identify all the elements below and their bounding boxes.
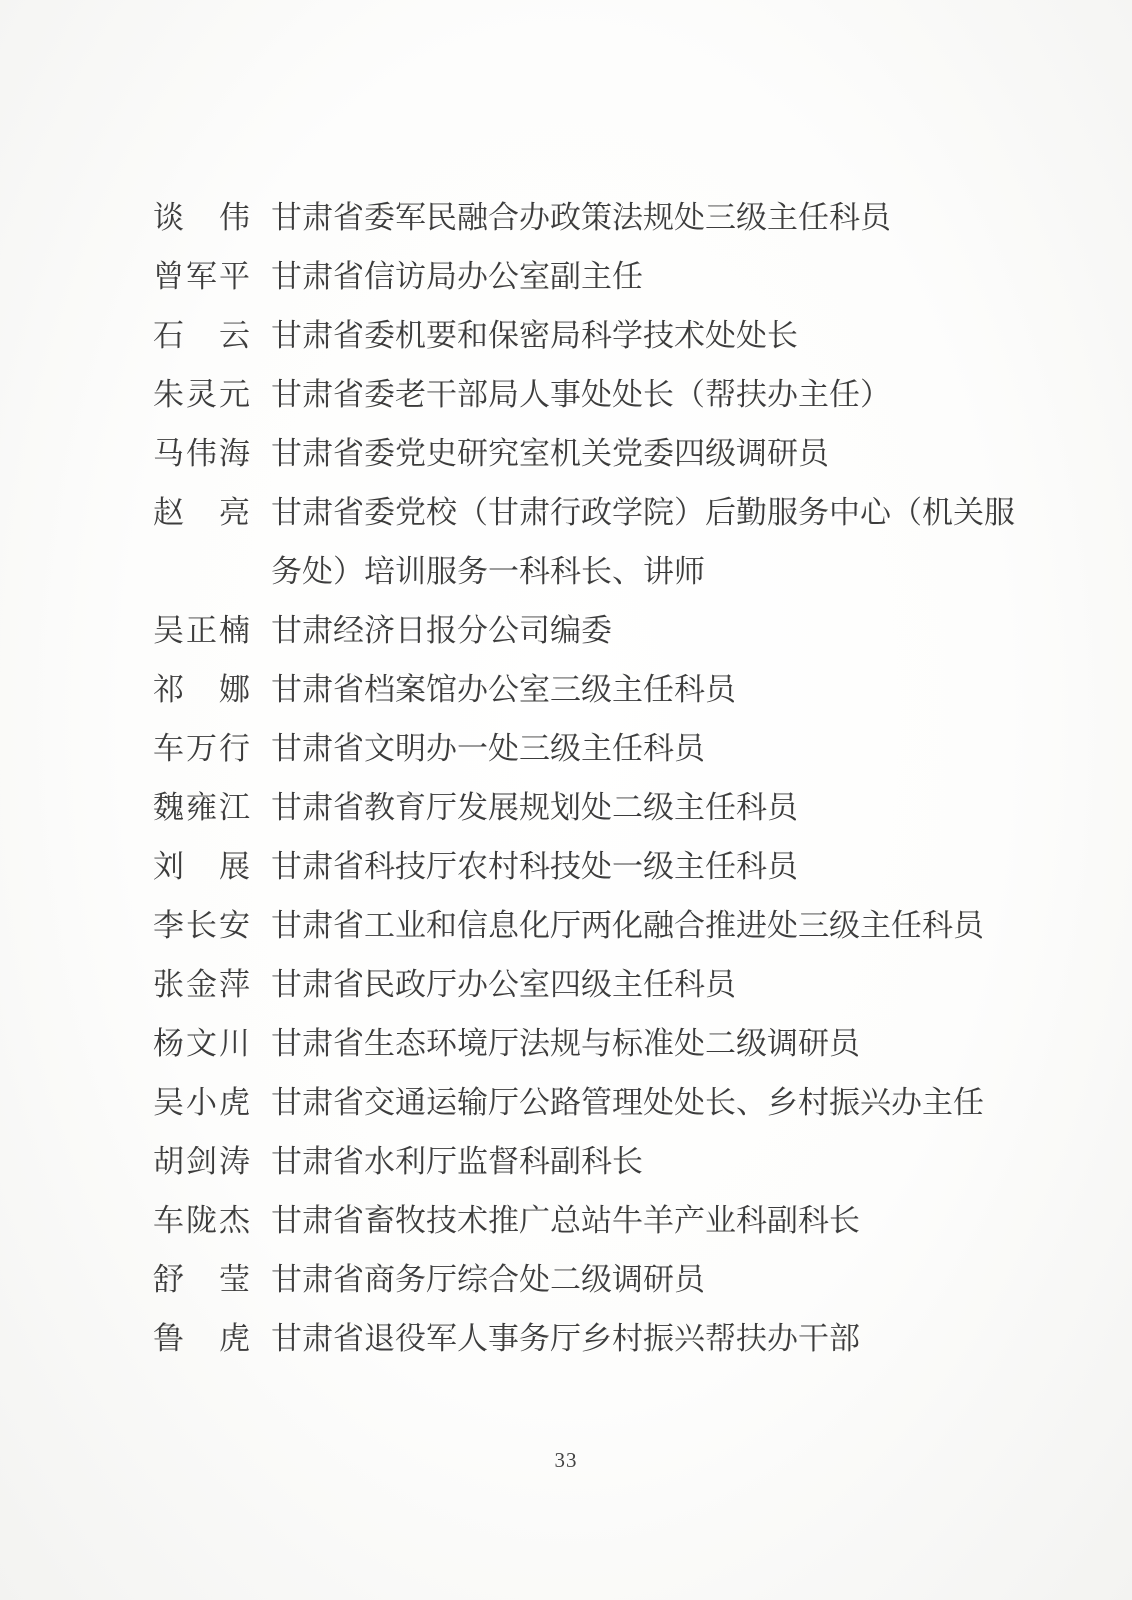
person-position: 甘肃经济日报分公司编委 bbox=[271, 601, 612, 660]
person-position: 甘肃省委党史研究室机关党委四级调研员 bbox=[271, 424, 829, 483]
person-name: 祁 娜 bbox=[153, 660, 250, 719]
roster-row: 赵 亮 甘肃省委党校（甘肃行政学院）后勤服务中心（机关服 bbox=[153, 483, 1013, 542]
person-position: 甘肃省委军民融合办政策法规处三级主任科员 bbox=[271, 188, 891, 247]
person-position: 甘肃省水利厅监督科副科长 bbox=[271, 1132, 643, 1191]
person-name: 吴正楠 bbox=[153, 601, 250, 660]
person-position: 甘肃省生态环境厅法规与标准处二级调研员 bbox=[271, 1014, 860, 1073]
person-name: 李长安 bbox=[153, 896, 250, 955]
roster-row: 朱灵元 甘肃省委老干部局人事处处长（帮扶办主任） bbox=[153, 365, 1013, 424]
person-name: 杨文川 bbox=[153, 1014, 250, 1073]
person-name: 赵 亮 bbox=[153, 483, 250, 542]
roster-row: 吴小虎 甘肃省交通运输厅公路管理处处长、乡村振兴办主任 bbox=[153, 1073, 1013, 1132]
person-name: 车万行 bbox=[153, 719, 250, 778]
person-position: 甘肃省委老干部局人事处处长（帮扶办主任） bbox=[271, 365, 891, 424]
roster-row: 祁 娜 甘肃省档案馆办公室三级主任科员 bbox=[153, 660, 1013, 719]
roster-row: 车万行 甘肃省文明办一处三级主任科员 bbox=[153, 719, 1013, 778]
roster-row: 李长安 甘肃省工业和信息化厅两化融合推进处三级主任科员 bbox=[153, 896, 1013, 955]
roster-row: 马伟海 甘肃省委党史研究室机关党委四级调研员 bbox=[153, 424, 1013, 483]
person-position: 甘肃省教育厅发展规划处二级主任科员 bbox=[271, 778, 798, 837]
person-name: 吴小虎 bbox=[153, 1073, 250, 1132]
person-position: 甘肃省委党校（甘肃行政学院）后勤服务中心（机关服 bbox=[271, 483, 1015, 542]
person-position: 甘肃省民政厅办公室四级主任科员 bbox=[271, 955, 736, 1014]
roster-row: 谈 伟 甘肃省委军民融合办政策法规处三级主任科员 bbox=[153, 188, 1013, 247]
person-position: 甘肃省档案馆办公室三级主任科员 bbox=[271, 660, 736, 719]
roster-row: 舒 莹 甘肃省商务厅综合处二级调研员 bbox=[153, 1250, 1013, 1309]
person-name: 刘 展 bbox=[153, 837, 250, 896]
person-position: 务处）培训服务一科科长、讲师 bbox=[271, 542, 705, 601]
roster-row: 石 云 甘肃省委机要和保密局科学技术处处长 bbox=[153, 306, 1013, 365]
person-position: 甘肃省工业和信息化厅两化融合推进处三级主任科员 bbox=[271, 896, 984, 955]
person-position: 甘肃省退役军人事务厅乡村振兴帮扶办干部 bbox=[271, 1309, 860, 1368]
person-name: 舒 莹 bbox=[153, 1250, 250, 1309]
roster-list: 谈 伟 甘肃省委军民融合办政策法规处三级主任科员 曾军平 甘肃省信访局办公室副主… bbox=[153, 188, 1013, 1368]
person-name: 曾军平 bbox=[153, 247, 250, 306]
person-position: 甘肃省文明办一处三级主任科员 bbox=[271, 719, 705, 778]
person-name bbox=[153, 542, 250, 601]
roster-row: 杨文川 甘肃省生态环境厅法规与标准处二级调研员 bbox=[153, 1014, 1013, 1073]
person-name: 张金萍 bbox=[153, 955, 250, 1014]
roster-row: 车陇杰 甘肃省畜牧技术推广总站牛羊产业科副科长 bbox=[153, 1191, 1013, 1250]
person-name: 鲁 虎 bbox=[153, 1309, 250, 1368]
person-name: 谈 伟 bbox=[153, 188, 250, 247]
person-position: 甘肃省科技厅农村科技处一级主任科员 bbox=[271, 837, 798, 896]
person-name: 马伟海 bbox=[153, 424, 250, 483]
person-name: 胡剑涛 bbox=[153, 1132, 250, 1191]
person-position: 甘肃省委机要和保密局科学技术处处长 bbox=[271, 306, 798, 365]
person-position: 甘肃省信访局办公室副主任 bbox=[271, 247, 643, 306]
person-name: 魏雍江 bbox=[153, 778, 250, 837]
roster-row: 魏雍江 甘肃省教育厅发展规划处二级主任科员 bbox=[153, 778, 1013, 837]
person-name: 石 云 bbox=[153, 306, 250, 365]
person-name: 车陇杰 bbox=[153, 1191, 250, 1250]
document-page: 谈 伟 甘肃省委军民融合办政策法规处三级主任科员 曾军平 甘肃省信访局办公室副主… bbox=[0, 0, 1132, 1600]
roster-row: 曾军平 甘肃省信访局办公室副主任 bbox=[153, 247, 1013, 306]
roster-row: 刘 展 甘肃省科技厅农村科技处一级主任科员 bbox=[153, 837, 1013, 896]
person-position: 甘肃省商务厅综合处二级调研员 bbox=[271, 1250, 705, 1309]
person-position: 甘肃省交通运输厅公路管理处处长、乡村振兴办主任 bbox=[271, 1073, 984, 1132]
roster-row: 务处）培训服务一科科长、讲师 bbox=[153, 542, 1013, 601]
roster-row: 吴正楠 甘肃经济日报分公司编委 bbox=[153, 601, 1013, 660]
page-number: 33 bbox=[0, 1448, 1132, 1473]
person-position: 甘肃省畜牧技术推广总站牛羊产业科副科长 bbox=[271, 1191, 860, 1250]
roster-row: 胡剑涛 甘肃省水利厅监督科副科长 bbox=[153, 1132, 1013, 1191]
roster-row: 鲁 虎 甘肃省退役军人事务厅乡村振兴帮扶办干部 bbox=[153, 1309, 1013, 1368]
roster-row: 张金萍 甘肃省民政厅办公室四级主任科员 bbox=[153, 955, 1013, 1014]
person-name: 朱灵元 bbox=[153, 365, 250, 424]
